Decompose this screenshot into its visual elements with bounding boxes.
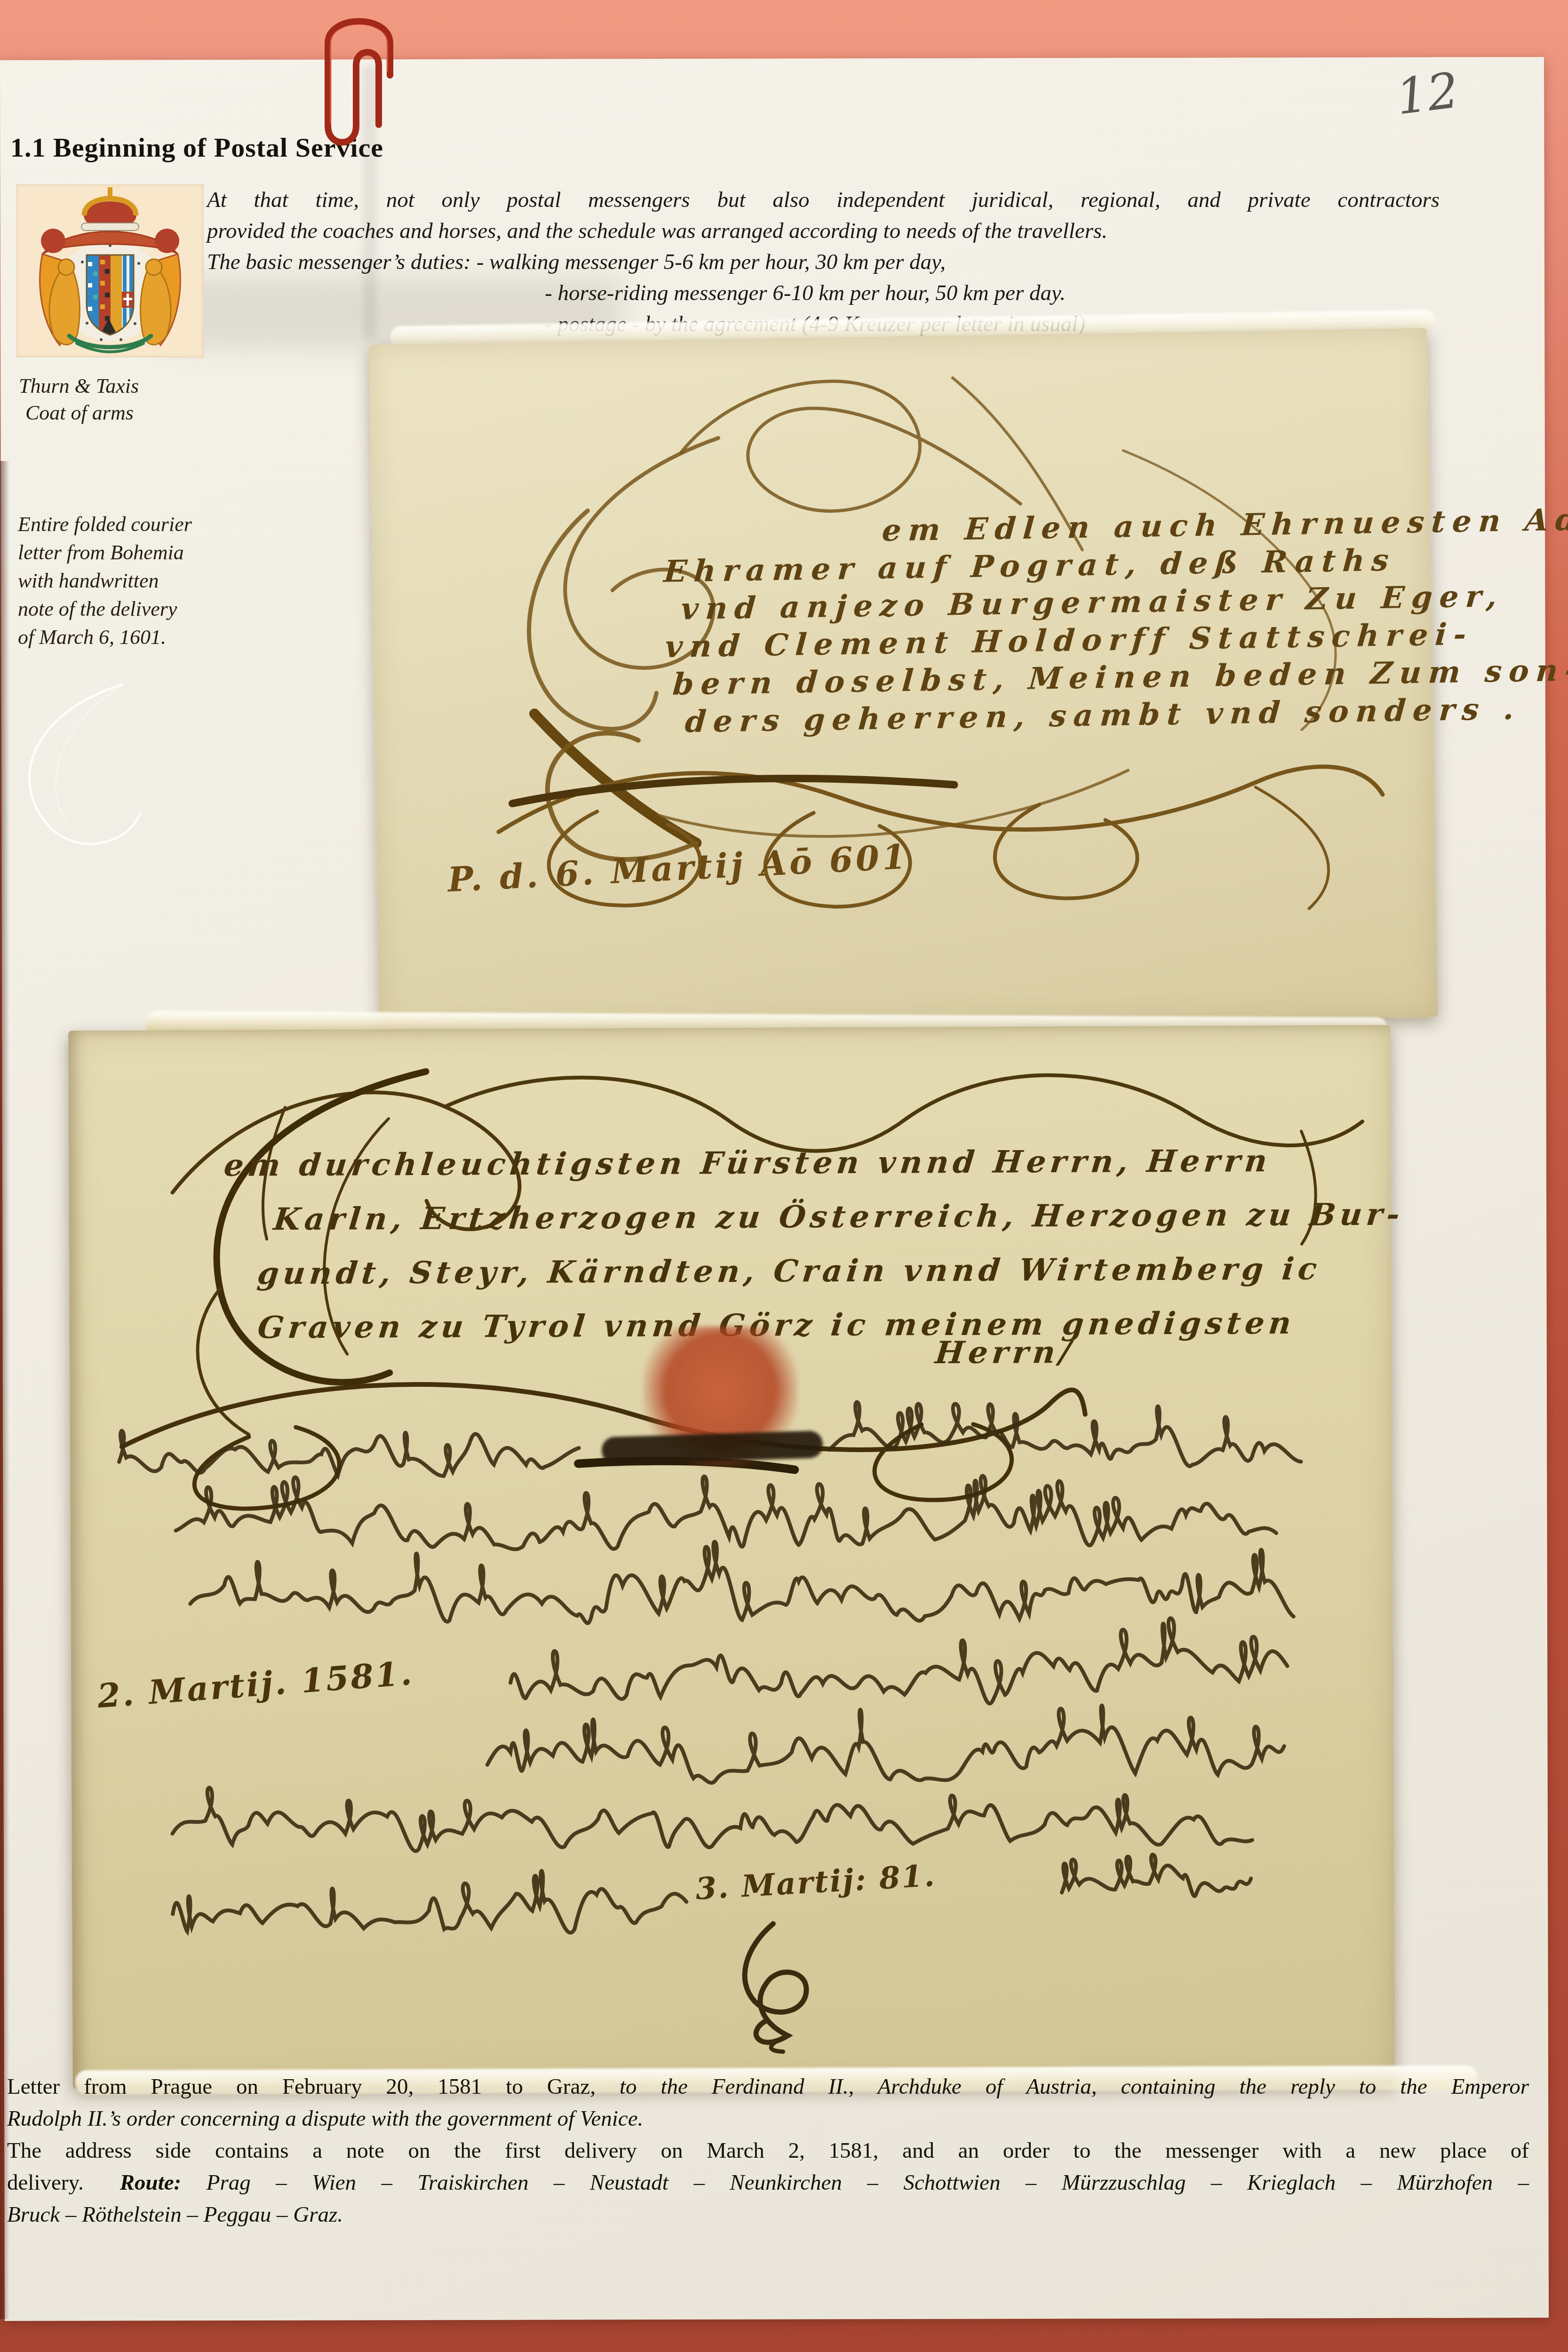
signature-paraph — [674, 1914, 853, 2056]
courier-letter-1601: em Edlen auch Ehrnuesten Adam Ehramer au… — [369, 328, 1438, 1033]
intro-line: The basic messenger’s duties: - walking … — [207, 246, 1440, 278]
route-value: Prag – Wien – Traiskirchen – Neustadt – … — [181, 2170, 1529, 2195]
description-line: Bruck – Röthelstein – Peggau – Graz. — [7, 2199, 1529, 2231]
coat-caption: Thurn & Taxis Coat of arms — [19, 373, 139, 426]
coat-of-arms-image — [16, 184, 204, 358]
route-label: Route: — [120, 2170, 182, 2195]
album-photo: { "page": { "number": "12", "section_tit… — [0, 0, 1568, 2352]
delivery-date-note: 3. Martij: 81. — [694, 1858, 937, 1907]
coat-caption-line: Coat of arms — [19, 399, 139, 426]
description-line: delivery. Route: Prag – Wien – Traiskirc… — [7, 2167, 1529, 2199]
reply-scrawl-line — [117, 1419, 588, 1491]
kurrent-address-line: em durchleuchtigsten Fürsten vnnd Herrn,… — [223, 1143, 1273, 1184]
delivery-date-note: 2. Martij. 1581. — [96, 1653, 415, 1716]
letter-caption-line: note of the delivery — [18, 595, 239, 623]
description-line: Letter from Prague on February 20, 1581 … — [7, 2071, 1529, 2103]
page-number-pencil: 12 — [1393, 61, 1462, 126]
description-block: Letter from Prague on February 20, 1581 … — [7, 2071, 1529, 2231]
courier-letter-1581: em durchleuchtigsten Fürsten vnnd Herrn,… — [68, 1025, 1395, 2089]
reply-scrawl-line — [171, 1865, 698, 1947]
letter-caption-line: with handwritten — [18, 567, 239, 595]
letter-caption: Entire folded courier letter from Bohemi… — [18, 510, 239, 652]
kurrent-address-line: Karln, Ertzherzogen zu Österreich, Herzo… — [272, 1197, 1405, 1238]
reply-scrawl-line — [1060, 1853, 1263, 1920]
thurn-taxis-crest-icon — [16, 184, 204, 358]
reply-scrawl-line — [170, 1785, 1262, 1865]
white-thread — [5, 673, 146, 851]
description-line: Rudolph II.’s order concerning a dispute… — [7, 2103, 1529, 2135]
red-paperclip — [308, 5, 412, 155]
reply-scrawl-line — [188, 1550, 1285, 1639]
intro-line: - horse-riding messenger 6-10 km per hou… — [207, 278, 1440, 309]
reply-scrawl-line — [509, 1628, 1285, 1720]
intro-line: provided the coaches and horses, and the… — [207, 215, 1440, 246]
letter-caption-line: Entire folded courier — [18, 510, 239, 539]
description-italic: to the Ferdinand II., Archduke of Austri… — [620, 2074, 1529, 2099]
description-roman: Letter from Prague on February 20, 1581 … — [7, 2074, 620, 2099]
letter-caption-line: letter from Bohemia — [18, 539, 239, 567]
reply-scrawl-line — [828, 1404, 1289, 1481]
letter-caption-line: of March 6, 1601. — [18, 623, 239, 652]
description-roman: delivery. — [7, 2170, 120, 2195]
kurrent-address-line: gundt, Steyr, Kärndten, Crain vnnd Wirte… — [256, 1251, 1323, 1292]
coat-caption-line: Thurn & Taxis — [19, 373, 139, 399]
intro-line: At that time, not only postal messengers… — [207, 184, 1440, 215]
description-line: The address side contains a note on the … — [7, 2135, 1529, 2167]
